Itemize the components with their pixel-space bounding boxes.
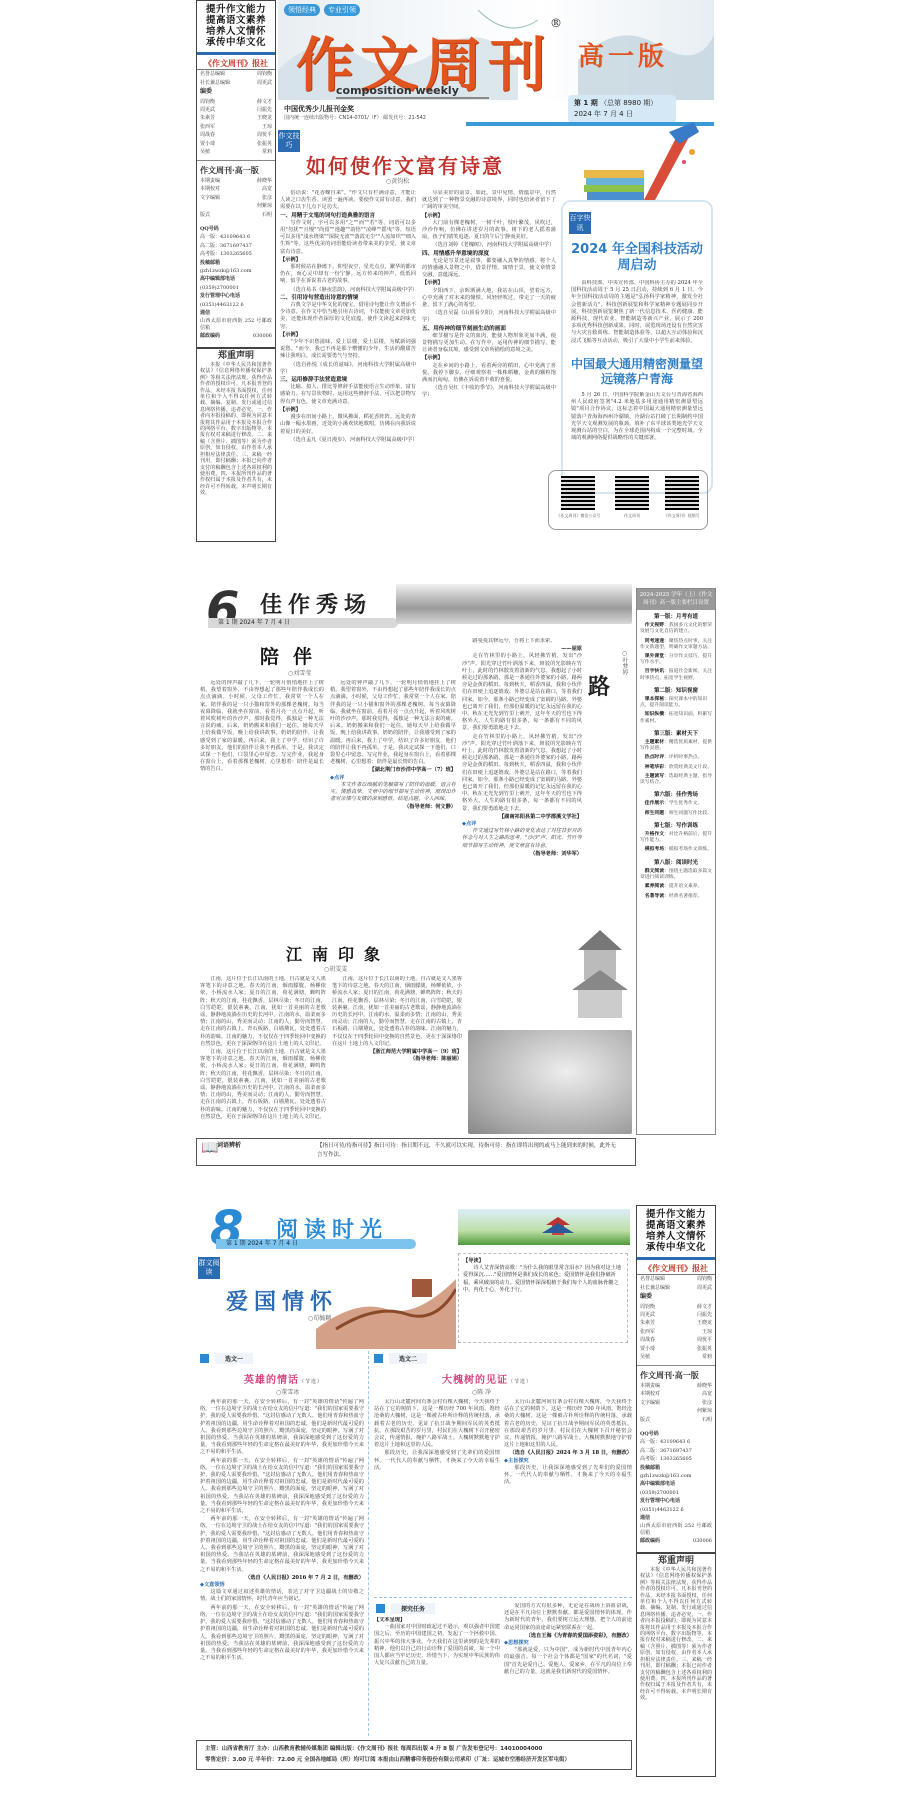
glossary-text: 【指日可待/待指可待】指日可待：指日期不远，不久就可以实现。待指可待：指在即将出… xyxy=(317,1142,617,1160)
plan-block: 第二版：知识视窗 课本探秘：探究课本中的知识点，提升阅读能力。 知识纵横：拓宽知… xyxy=(637,684,715,727)
article-title: 路 xyxy=(588,670,610,701)
edition-label: 高一版 xyxy=(578,36,668,73)
masthead-sidebar: 提升作文能力 提高语文素养 培养人文情怀 承传中华文化 《作文周刊》报社 名誉总… xyxy=(196,0,276,542)
article-title: 大槐树的见证（节选） xyxy=(442,1371,532,1386)
article-column-1: 俗话说："花香蝶自来"。"作文只有栏满诗意，才能让人读之口齿生香、读罢一遍再读。… xyxy=(280,190,416,535)
byline: ○黄钧松 xyxy=(386,176,409,185)
publisher-brand: 《作文周刊》报社 xyxy=(637,1260,715,1275)
editors-row: 朱素芳王晓龙 xyxy=(197,114,275,122)
award-text: 中国优秀少儿报刊金奖 xyxy=(284,104,354,114)
editors-row: 周战春周忧平 xyxy=(197,131,275,139)
qr-code-icon xyxy=(665,476,699,510)
publication-number: 国内统一连续出版物号：CN14-0701/（F） 邮发代号：21-542 xyxy=(284,114,426,121)
byline: ○荀毓颖 xyxy=(308,1313,331,1322)
contact-value: 山西太原市府西街 252 号邮政信箱 xyxy=(197,317,275,332)
editors-row: 周更武闫振先 xyxy=(197,106,275,114)
square-icon xyxy=(376,1604,385,1613)
glossary-box: 📖 词语辨析 【指日可待/待指可待】指日可待：指日期不远，不久就可以实现。待指可… xyxy=(196,1138,636,1166)
contact-value: 高考版：1303265605 xyxy=(197,250,275,258)
motto: 提升作文能力 提高语文素养 培养人文情怀 承传中华文化 xyxy=(637,1206,715,1260)
front-page: 提升作文能力 提高语文素养 培养人文情怀 承传中华文化 《作文周刊》报社 名誉总… xyxy=(196,0,714,540)
registered-mark: ® xyxy=(550,16,562,30)
books-pencil-illustration xyxy=(584,122,704,202)
explore-body-cont: 爱国的方式有很多种，无论是在战场上浴血奋战，还是在平凡岗位上默默奉献，都是爱国情… xyxy=(504,1603,632,1737)
edition-staff-row: 本期责编薛晓华 xyxy=(197,177,275,185)
plan-block: 第一版：月考有道 作文视野：我国多元文化的繁荣发展与文化自信的建立。 同考速递：… xyxy=(637,610,715,684)
article-title: 江南印象 xyxy=(286,942,390,965)
masthead: 领悟经典 专业引领 作文周刊 ® 高一版 composition weekly xyxy=(278,0,714,100)
edition-staff-row: 本期校对高宽 xyxy=(197,185,275,193)
contact-value: 高一版：43109643 6 xyxy=(197,233,275,241)
issue-box: 第 1 期 （总第 8980 期） 2024 年 7 月 4 日 xyxy=(568,95,676,123)
qr-code-box: 《作文周刊》微信公众号 作文周刊 《作文周刊》视频号 xyxy=(548,470,708,530)
contact-email: gzh1zwzk@163.com xyxy=(197,267,275,275)
edition-label: 作文周刊·高一版 xyxy=(197,160,275,176)
plan-block: 第三版：素材天下 主题素材：精选优质素材，提供写作灵感。 热点时评：评析时事热点… xyxy=(637,727,715,788)
edition-staff-row: 何紫琼 xyxy=(197,202,275,210)
pavilion-illustration xyxy=(568,930,632,1020)
news-text-1: 由科技部、中央宣传部、中国科协主办的 2024 年全国科技活动周于 5 月 25… xyxy=(571,280,703,352)
square-icon xyxy=(374,1354,383,1363)
qr-code-icon xyxy=(615,476,649,510)
article-body-cont: 江南，这片位于长江以南的土地，自古就是文人墨客笔下的诗意之地。春天的江南，烟雨朦… xyxy=(332,976,462,1134)
section-title: 佳作秀场 xyxy=(260,588,372,619)
contact-value: 高二版：3671697437 xyxy=(197,242,275,250)
page-number: 6 xyxy=(206,582,239,638)
issue-date: 第 1 期 2024 年 7 月 4 日 xyxy=(216,1239,416,1249)
plan-block: 第六版：佳作秀场 佳作展示：学生优秀作文。 师生同题：师生同题写作比较。 xyxy=(637,788,715,819)
explore-task-label: 探究任务 xyxy=(376,1603,435,1614)
masthead-sidebar: 提升作文能力 提高语文素养 培养人文情怀 承传中华文化 《作文周刊》报社 名誉总… xyxy=(636,1205,716,1777)
english-title: composition weekly xyxy=(336,84,489,99)
qr-code-icon xyxy=(561,476,595,510)
pavilion-photo xyxy=(458,1209,630,1245)
article-column-2: 尽显美好的前景。如此，景中见情，情蕴景中，自然就达到了一种物景交融的诗意境界，同… xyxy=(422,190,556,535)
issue-date: 第 1 期 2024 年 7 月 4 日 xyxy=(208,618,398,628)
contact-value: (0351)4463122 6 xyxy=(197,301,275,309)
news-title-2: 中国最大通用精密测量望远镜落户青海 xyxy=(569,357,705,387)
article-body: 远处的钟声敲了几下，一轮明月悄悄地挂上了树梢。我望着窗外，不由得想起了那些年陪伴… xyxy=(200,680,324,930)
editors-row: 吴植常莉 xyxy=(197,148,275,156)
qr-app[interactable]: 作文周刊 xyxy=(615,476,649,519)
article-title: 英雄的情话（节选） xyxy=(244,1371,323,1386)
qr-wechat[interactable]: 《作文周刊》微信公众号 xyxy=(556,476,600,519)
edition-staff-row: 文字编辑张彦 xyxy=(197,194,275,202)
contact-label: 投稿邮箱 xyxy=(197,259,275,267)
lead-box: 【导读】 诗人艾青深情高歌："为什么我的眼里常含泪水？因为我对这土地爱得深沉……… xyxy=(458,1253,628,1343)
news-title-1: 2024 年全国科技活动周启动 xyxy=(569,242,705,274)
book-icon: 📖 xyxy=(201,1144,218,1153)
editors-row: 贾小琦张振英 xyxy=(197,140,275,148)
news-box: 百字快讯 2024 年全国科技活动周启动 由科技部、中央宣传部、中国科协主办的 … xyxy=(561,200,713,494)
article-body-cont: 远处的钟声敲了几下，一轮明月悄悄地挂上了树梢。我望着窗外，不由得想起了那些年陪伴… xyxy=(330,680,456,930)
editors-label: 编委 xyxy=(197,87,275,97)
headline: 如何使作文富有诗意 xyxy=(306,150,504,179)
byline: ○叶梦婷 xyxy=(620,650,629,675)
glossary-label: 词语辨析 xyxy=(217,1142,241,1150)
notice-text: 本报《中华人民共和国著作权法》《信息网络传播权保护条例》等相关法律法规，获得作品… xyxy=(197,361,275,498)
landscape-photo xyxy=(396,584,632,624)
contact-label: 高中编辑部电话 xyxy=(197,275,275,283)
postcode-row: 邮政编码030006 xyxy=(197,332,275,340)
square-icon xyxy=(200,1354,209,1363)
publisher-brand: 《作文周刊》报社 xyxy=(197,55,275,70)
contact-label: 通信 xyxy=(197,309,275,317)
ink-painting xyxy=(468,1030,632,1134)
selection-2-body: 太行山北麓河间有条会村有棵大槐树，今天我终于站在了它的树荫下。这是一棵历经 70… xyxy=(374,1399,500,1595)
motto: 提升作文能力 提高语文素养 培养人文情怀 承传中华文化 xyxy=(197,1,275,55)
page-8: 8 阅读时光 第 1 期 2024 年 7 月 4 日 群文阅读 爱国情怀 ○荀… xyxy=(196,1205,714,1775)
byline: ○董雪冰 xyxy=(276,1387,299,1396)
plan-header: 2024-2025 学年（上）《作文周刊》高一版主要栏目设置 xyxy=(637,589,715,610)
editors-row: 周钧衡薛文才 xyxy=(197,98,275,106)
explore-body: 【文本呈现】 一曲国家对中国财政起过不逊示，观以强者中国建国之后，至历的中国建国… xyxy=(374,1617,500,1737)
byline: ○胡雯雯 xyxy=(324,964,347,973)
notice-title: 郑重声明 xyxy=(197,347,275,361)
article-body: 江南，这片位于长江以南的土地，自古就是文人墨客笔下的诗意之地。春天的江南，烟雨朦… xyxy=(200,976,326,1134)
contact-label: QQ号码 xyxy=(197,225,275,233)
publication-footer: 主管：山西省教育厅 主办：山西教育教辅传媒集团 编辑出版：《作文周刊》报社 每周… xyxy=(196,1740,632,1770)
article-title: 陪伴 xyxy=(260,642,326,669)
page-6: 6 佳作秀场 第 1 期 2024 年 7 月 4 日 2024-2025 学年… xyxy=(196,590,714,1185)
contact-value: (0359)2700001 xyxy=(197,284,275,292)
theme-title: 爱国情怀 xyxy=(226,1285,338,1316)
contact-label: 发行管理中心电话 xyxy=(197,292,275,300)
column-divider xyxy=(368,1351,369,1736)
news-tag: 百字快讯 xyxy=(569,212,591,234)
selection-1-body: 两年前的那一天，在安全转移后，有一封"英雄的情话"传遍了网络。一位在边境守卫的战… xyxy=(200,1399,364,1737)
edition-staff-row: 版式石明 xyxy=(197,211,275,219)
plan-block: 第七版：写作训练 升格作文：对比升格前后，提升写作能力。 模拟考场：模拟考场作文… xyxy=(637,819,715,856)
byline: ○陈 净 xyxy=(472,1387,491,1396)
staff-row: 名誉总编辑周钧衡 xyxy=(197,70,275,78)
article-body: 路曼曼其修远兮，吾将上下而求索。 ——屈原 走在竹林里的小路上，风轻拂竹梢，发出… xyxy=(462,638,582,938)
selection-2-label: 选文二 xyxy=(374,1353,427,1364)
plan-block: 第八版：阅读时光 群文阅读：围绕主题选取多篇文章进行阅读训练。 素养阅读：提升语… xyxy=(637,856,715,902)
column-tag: 群文阅读 xyxy=(198,1257,220,1279)
editors-row: 张西军王琼 xyxy=(197,123,275,131)
qr-video[interactable]: 《作文周刊》视频号 xyxy=(664,476,700,519)
section-divider xyxy=(374,1597,632,1598)
byline: ○刘雪莹 xyxy=(288,668,311,677)
column-plan: 2024-2025 学年（上）《作文周刊》高一版主要栏目设置 第一版：月考有道 … xyxy=(636,588,716,1135)
selection-2-body-cont: 太行山北麓河间有条会村有棵大槐树，今天我终于站在了它的树荫下。这是一棵历经 70… xyxy=(504,1399,632,1595)
staff-row: 社长兼总编辑周更武 xyxy=(197,79,275,87)
column-tag: 作文技巧 xyxy=(278,130,300,152)
selection-1-label: 选文一 xyxy=(200,1353,253,1364)
